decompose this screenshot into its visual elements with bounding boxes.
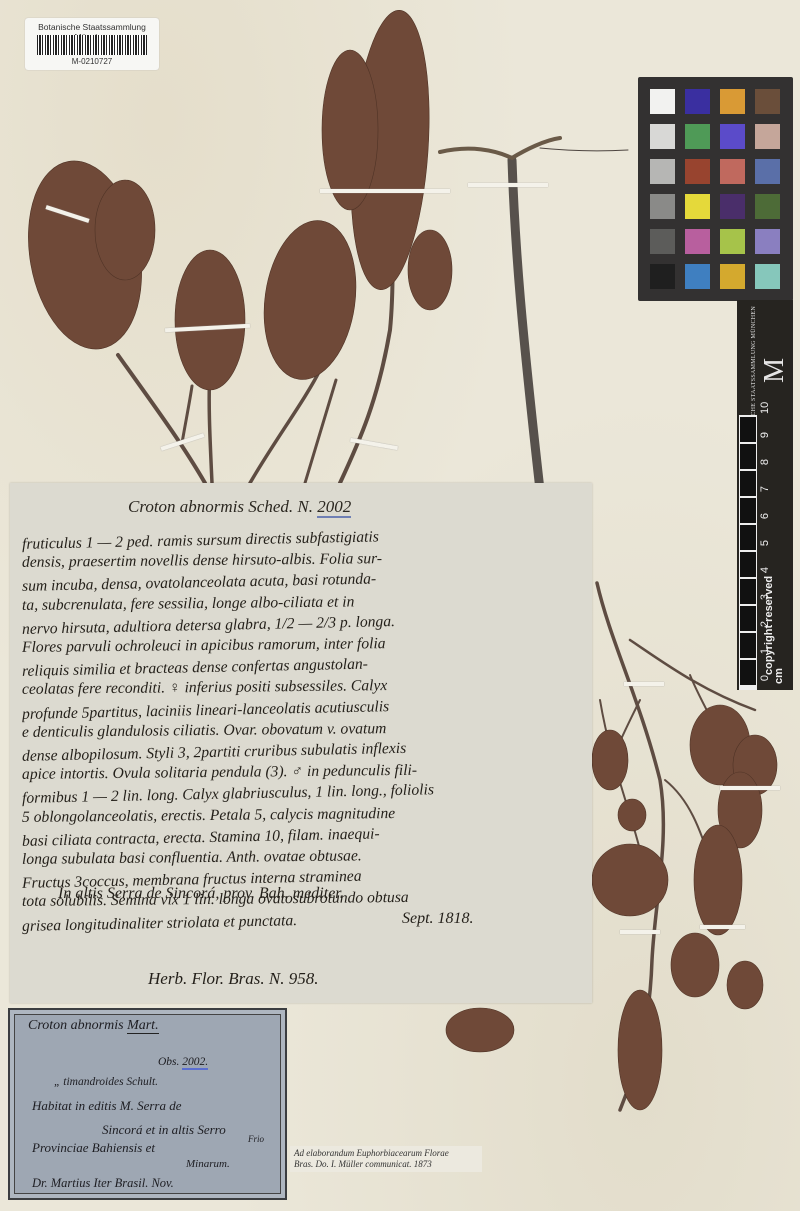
- color-swatch: [720, 194, 745, 219]
- color-swatch: [650, 194, 675, 219]
- copyright-text: copyright reserved: [763, 576, 775, 675]
- color-swatch: [685, 124, 710, 149]
- color-swatch: [650, 124, 675, 149]
- barcode-id: M-0210727: [25, 57, 159, 66]
- synonym-text: „ timandroides Schult.: [54, 1076, 158, 1088]
- color-swatch: [720, 124, 745, 149]
- institution-logo-icon: M: [759, 358, 791, 383]
- color-swatch: [685, 194, 710, 219]
- barcode: [37, 35, 147, 55]
- scale-number: 7: [759, 483, 771, 495]
- mounting-strap: [624, 682, 664, 686]
- color-swatch: [755, 194, 780, 219]
- color-swatch: [755, 159, 780, 184]
- scale-number: 10: [759, 402, 771, 414]
- color-swatch: [720, 89, 745, 114]
- herbarium-sheet: Botanische Staatssammlung München M-0210…: [0, 0, 800, 1211]
- color-swatch: [755, 89, 780, 114]
- color-swatch: [685, 159, 710, 184]
- scale-tick: [740, 471, 756, 496]
- mounting-strap: [468, 183, 548, 187]
- scale-number: 8: [759, 456, 771, 468]
- color-swatch: [650, 264, 675, 289]
- color-swatch: [720, 229, 745, 254]
- mounting-strap: [620, 930, 660, 934]
- color-swatch: [685, 229, 710, 254]
- province-text-2: Minarum.: [186, 1158, 230, 1170]
- habitat-text: Habitat in editis M. Serra de: [32, 1098, 182, 1114]
- mounting-strap: [720, 786, 780, 790]
- habitat-text-2b: Frio: [248, 1134, 264, 1144]
- scale-number: 6: [759, 510, 771, 522]
- observation-number: Obs. 2002.: [158, 1056, 208, 1068]
- mounting-strap: [700, 925, 745, 929]
- scale-tick: [740, 525, 756, 550]
- scale-tick: [740, 444, 756, 469]
- color-swatch: [650, 159, 675, 184]
- color-swatch: [720, 159, 745, 184]
- color-swatch: [650, 229, 675, 254]
- label-title: Croton abnormis Sched. N. 2002: [128, 497, 351, 517]
- martius-title: Croton abnormis Mart.: [28, 1018, 159, 1034]
- scale-tick: [740, 606, 756, 631]
- mounting-strap: [320, 189, 450, 193]
- color-swatch: [685, 264, 710, 289]
- scale-tick: [740, 552, 756, 577]
- muller-label: Ad elaborandum Euphorbiacearum Florae Br…: [290, 1146, 482, 1172]
- collection-number: 2002: [317, 497, 351, 518]
- province-text: Provinciae Bahiensis et: [32, 1140, 155, 1156]
- martius-label: Croton abnormis Mart. Obs. 2002. „ timan…: [8, 1008, 287, 1200]
- barcode-label: Botanische Staatssammlung München M-0210…: [25, 18, 159, 70]
- scale-tick: [740, 417, 756, 442]
- main-label: Croton abnormis Sched. N. 2002 fruticulu…: [10, 483, 592, 1003]
- color-swatch: [720, 264, 745, 289]
- color-swatch: [650, 89, 675, 114]
- scale-bar: BOTANISCHE STAATSSAMMLUNG MÜNCHEN M 0123…: [737, 300, 793, 690]
- scale-number: 4: [759, 564, 771, 576]
- color-swatch: [755, 124, 780, 149]
- scale-tick: [740, 633, 756, 658]
- color-swatch: [755, 264, 780, 289]
- scale-number: 5: [759, 537, 771, 549]
- scale-tick: [740, 579, 756, 604]
- color-swatch: [685, 89, 710, 114]
- description-text: fruticulus 1 — 2 ped. ramis sursum direc…: [22, 528, 582, 931]
- collection-date: Sept. 1818.: [402, 910, 474, 928]
- scale-number: 9: [759, 429, 771, 441]
- scale-tick: [740, 498, 756, 523]
- habitat-text-2: Sincorá et in altis Serro: [102, 1122, 226, 1138]
- scale-unit: cm: [773, 672, 785, 684]
- color-calibration-chart: [638, 77, 793, 301]
- scale-ticks: [739, 415, 757, 690]
- herbarium-reference: Herb. Flor. Bras. N. 958.: [148, 969, 318, 989]
- scale-tick: [740, 660, 756, 685]
- locality-text: In altis Serra de Sincorá, prov. Bah. me…: [58, 885, 344, 903]
- collector-text: Dr. Martius Iter Brasil. Nov.: [32, 1176, 174, 1191]
- color-swatch: [755, 229, 780, 254]
